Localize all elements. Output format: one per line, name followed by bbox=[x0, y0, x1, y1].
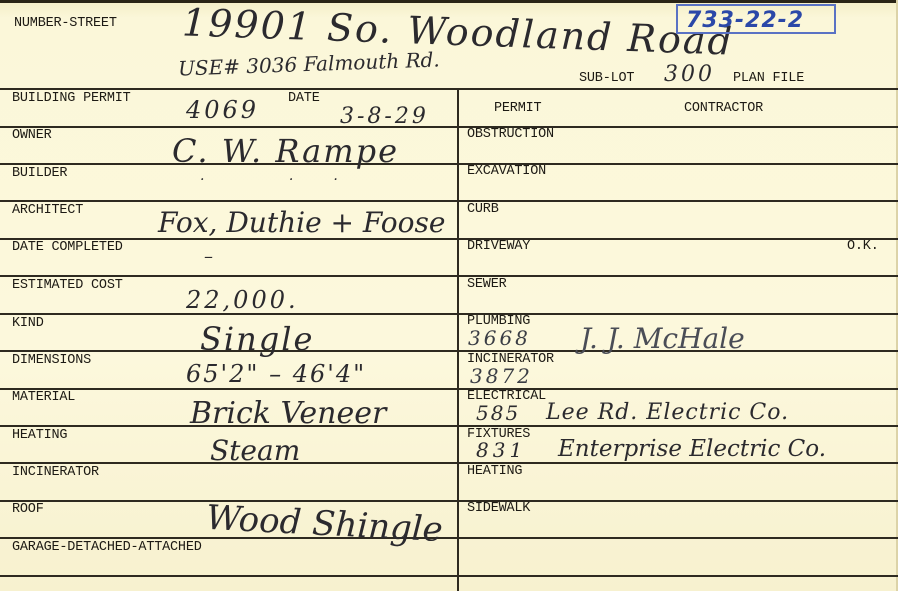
fixtures-permit-value: 831 bbox=[476, 438, 526, 462]
plumbing-contractor-value: J. J. McHale bbox=[580, 322, 745, 355]
number-street-label: NUMBER-STREET bbox=[14, 16, 117, 31]
kind-value: Single bbox=[200, 320, 314, 358]
electrical-contractor-value: Lee Rd. Electric Co. bbox=[546, 400, 789, 425]
sublot-label: SUB-LOT bbox=[579, 71, 634, 86]
heating-label: HEATING bbox=[12, 428, 67, 443]
right-row-label: OBSTRUCTION bbox=[467, 127, 554, 142]
right-row-label: SEWER bbox=[467, 277, 507, 292]
permit-card: NUMBER-STREET 19901 So. Woodland Road US… bbox=[0, 0, 898, 591]
permit-column-header: PERMIT bbox=[494, 101, 541, 116]
rule bbox=[0, 163, 898, 165]
rule bbox=[0, 425, 898, 427]
rule bbox=[0, 200, 898, 202]
date-completed-value: – bbox=[204, 246, 213, 267]
architect-label: ARCHITECT bbox=[12, 203, 83, 218]
rule bbox=[0, 350, 898, 352]
rule bbox=[0, 88, 898, 90]
right-row-label: DRIVEWAY bbox=[467, 239, 530, 254]
right-row-label: HEATING bbox=[467, 464, 522, 479]
owner-value: C. W. Rampe bbox=[172, 132, 399, 170]
rule bbox=[0, 575, 898, 577]
architect-value: Fox, Duthie + Foose bbox=[158, 206, 445, 239]
date-label: DATE bbox=[288, 91, 320, 106]
material-label: MATERIAL bbox=[12, 390, 75, 405]
rule bbox=[0, 537, 898, 539]
plumbing-permit-value: 3668 bbox=[468, 326, 531, 350]
material-value: Brick Veneer bbox=[190, 396, 386, 431]
sublot-value: 300 bbox=[664, 62, 715, 87]
kind-label: KIND bbox=[12, 316, 44, 331]
estimated-cost-label: ESTIMATED COST bbox=[12, 278, 123, 293]
rule bbox=[0, 126, 898, 128]
date-value: 3-8-29 bbox=[340, 104, 429, 129]
electrical-permit-value: 585 bbox=[476, 401, 520, 425]
rule bbox=[0, 313, 898, 315]
building-permit-label: BUILDING PERMIT bbox=[12, 91, 131, 106]
driveway-contractor-value: O.K. bbox=[847, 239, 879, 254]
heating-value: Steam bbox=[210, 434, 300, 467]
contractor-column-header: CONTRACTOR bbox=[684, 101, 763, 116]
use-note: USE# 3036 Falmouth Rd. bbox=[178, 47, 440, 80]
rule bbox=[0, 462, 898, 464]
building-permit-value: 4069 bbox=[186, 96, 259, 124]
fixtures-contractor-value: Enterprise Electric Co. bbox=[558, 436, 826, 462]
right-row-label: SIDEWALK bbox=[467, 501, 530, 516]
rule bbox=[0, 238, 898, 240]
estimated-cost-value: 22,000. bbox=[186, 286, 299, 314]
owner-label: OWNER bbox=[12, 128, 52, 143]
incinerator-label: INCINERATOR bbox=[12, 465, 99, 480]
column-divider bbox=[457, 88, 459, 591]
garage-label: GARAGE-DETACHED-ATTACHED bbox=[12, 540, 202, 555]
card-top-edge bbox=[0, 0, 898, 3]
date-completed-label: DATE COMPLETED bbox=[12, 240, 123, 255]
dimensions-value: 65'2" – 46'4" bbox=[186, 360, 366, 388]
dimensions-label: DIMENSIONS bbox=[12, 353, 91, 368]
incinerator-permit-value: 3872 bbox=[470, 364, 533, 388]
rule bbox=[0, 500, 898, 502]
rule bbox=[0, 388, 898, 390]
file-number-stamp: 733-22-2 bbox=[676, 4, 836, 34]
right-row-label: CURB bbox=[467, 202, 499, 217]
roof-value: Wood Shingle bbox=[205, 498, 444, 550]
builder-value: . .. bbox=[200, 168, 378, 184]
builder-label: BUILDER bbox=[12, 166, 67, 181]
rule bbox=[0, 275, 898, 277]
roof-label: ROOF bbox=[12, 502, 44, 517]
plan-file-label: PLAN FILE bbox=[733, 71, 804, 86]
right-row-label: EXCAVATION bbox=[467, 164, 546, 179]
